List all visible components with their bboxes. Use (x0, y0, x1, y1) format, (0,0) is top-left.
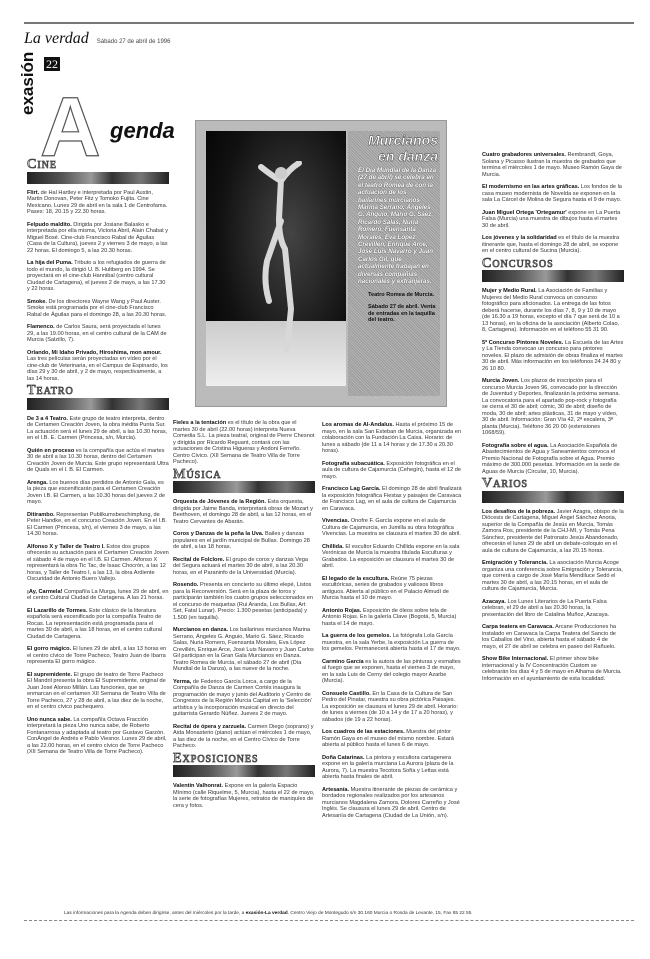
listing-title: Carpa teatera en Caravaca. (482, 624, 554, 630)
listing-title: Juan Miguel Ortega 'Ortegamur' (482, 210, 567, 216)
caption-title-line1: Murcianos (348, 133, 438, 147)
listing-item: Coros y Danzas de la peña la Uva. Bailes… (173, 531, 315, 551)
listing-item: Mujer y Medio Rural. La Asociación de Fa… (482, 288, 624, 334)
listing-item: Carpa teatera en Caravaca. Arcane Produc… (482, 624, 624, 650)
listing-item: Francisco Lag García. El domingo 28 de a… (322, 486, 462, 512)
listing-title: El modernismo en las artes gráficas. (482, 184, 579, 190)
listing-item: El legado de la escultura. Reúne 75 piez… (322, 576, 462, 602)
listing-title: Murcianos en danza. (173, 627, 228, 633)
masthead: La verdad Sábado 27 de abril de 1996 (24, 30, 170, 48)
listing-title: De 3 a 4 Teatro. (27, 416, 68, 422)
listing-item: Ditirambo. Representan Publikumsbeschimp… (27, 512, 169, 538)
listing-item: Orquesta de Jóvenes de la Región. Esta o… (173, 499, 315, 525)
listing-title: Alfonso X y Taller de Teatro I. (27, 544, 105, 550)
section-heading-exposiciones: Exposiciones (173, 756, 315, 763)
listing-title: Antonio Rojas. (322, 608, 361, 614)
listing-title: Carmino García (322, 659, 364, 665)
musica-list: Orquesta de Jóvenes de la Región. Esta o… (173, 499, 315, 750)
listing-title: Chillida. (322, 544, 344, 550)
listing-item: Show Bike Internacional. El primer show … (482, 656, 624, 682)
teatro-list: De 3 a 4 Teatro. Este grupo de teatro in… (27, 416, 169, 756)
section-heading-varios: Varios (482, 481, 624, 488)
section-banner-exposiciones (173, 765, 315, 777)
listing-title: Uno nunca sabe. (27, 717, 72, 723)
listing-text: Los bailarines murcianos Marina Serrano,… (173, 627, 314, 672)
listing-title: Rosendo. (173, 582, 198, 588)
listing-item: Orlando, Mi Idaho Privado, Hiroshima, mo… (27, 350, 169, 383)
listing-item: Consuelo Castillo. En la Casa de la Cult… (322, 691, 462, 724)
exposiciones-list-part3: Cuatro grabadores universales. Rembrandt… (482, 152, 624, 255)
listing-item: Antonio Rojas. Exposición de óleos sobre… (322, 608, 462, 628)
listing-item: Los cuadros de las estaciones. Muestra d… (322, 729, 462, 749)
listing-item: ¡Ay, Carmela! Compañía La Murga, lunes 2… (27, 589, 169, 602)
listing-item: Cuatro grabadores universales. Rembrandt… (482, 152, 624, 178)
listing-text: De los directores Wayne Wang y Paul Aust… (27, 299, 166, 318)
listing-item: Recital de ópera y zarzuela. Carmen Dieg… (173, 724, 315, 750)
paper-date: Sábado 27 de abril de 1996 (97, 39, 171, 45)
listing-title: Fotografía sobre el agua. (482, 443, 549, 449)
listing-title: Artesanía. (322, 787, 349, 793)
listing-title: Flirt. (27, 190, 39, 196)
listing-item: Carmino García es la autora de las pintu… (322, 659, 462, 685)
listing-title: Fotografía subacuática. (322, 461, 385, 467)
listing-title: Vivencias. (322, 518, 349, 524)
listing-item: Murcianos en danza. Los bailarines murci… (173, 627, 315, 673)
listing-item: Valentín Valhonrat. Expone en la galería… (173, 783, 315, 809)
listing-text: El grupo de teatro de Torre Pacheco El M… (27, 672, 166, 711)
listing-title: La hija del Puma. (27, 260, 73, 266)
section-heading-musica: Música (173, 472, 315, 479)
listing-title: Ditirambo. (27, 512, 55, 518)
listing-item: Smoke. De los directores Wayne Wang y Pa… (27, 299, 169, 319)
listing-title: Felpudo maldito. (27, 222, 72, 228)
listing-item: La guerra de los gemelos. La fotógrafa L… (322, 633, 462, 653)
agenda-title: genda (110, 118, 175, 144)
section-banner-concursos (482, 270, 624, 282)
listing-title: Arenga. (27, 480, 48, 486)
listing-title: El legado de la escultura. (322, 576, 389, 582)
column-4: Cuatro grabadores universales. Rembrandt… (482, 152, 624, 688)
listing-title: Fieles a la tentación (173, 420, 226, 426)
listing-item: Felpudo maldito. Dirigida por Josiane Ba… (27, 222, 169, 255)
listing-item: Fieles a la tentación es el título de la… (173, 420, 315, 466)
listing-title: Los aromas de Al-Andalus. (322, 422, 394, 428)
listing-item: Azacaya. Los Lunes Literarios de La Puer… (482, 599, 624, 619)
listing-title: ¡Ay, Carmela! (27, 589, 62, 595)
listing-item: Alfonso X y Taller de Teatro I. Estos do… (27, 544, 169, 583)
listing-item: Arenga. Los buenos días perdidos de Anto… (27, 480, 169, 506)
listing-title: Los jóvenes y la solidaridad (482, 235, 557, 241)
listing-item: Recital de Folclore. El grupo de coros y… (173, 557, 315, 577)
cine-list: Flirt. de Hal Hartley e interpretada por… (27, 190, 169, 383)
listing-title: Coros y Danzas de la peña la Uva. (173, 531, 263, 537)
listing-title: Los cuadros de las estaciones. (322, 729, 405, 735)
listing-title: Doña Catarinas. (322, 755, 365, 761)
feature-photo: Murcianos en danza El Día Mundial de la … (195, 120, 447, 407)
listing-item: De 3 a 4 Teatro. Este grupo de teatro in… (27, 416, 169, 442)
listing-text: Estos dos grupos ofrecerán su actuación … (27, 544, 169, 583)
listing-title: La guerra de los gemelos. (322, 633, 391, 639)
listing-title: Recital de ópera y zarzuela. (173, 724, 246, 730)
listing-title: Flamenco. (27, 324, 55, 330)
listing-item: Los jóvenes y la solidaridad es el títul… (482, 235, 624, 255)
listing-text: Presenta en concierto su último elepé, L… (173, 582, 313, 621)
listing-text: Los plazos de inscripción para el concur… (482, 378, 620, 436)
listing-item: Flirt. de Hal Hartley e interpretada por… (27, 190, 169, 216)
listing-text: es el título de la obra que el martes 30… (173, 420, 314, 465)
listing-text: Las tres películas serán proyectadas en … (27, 356, 168, 382)
listing-item: Los aromas de Al-Andalus. Hasta el próxi… (322, 422, 462, 455)
listing-item: La hija del Puma. Tributo a los refugiad… (27, 260, 169, 293)
section-label: exasión (18, 52, 38, 115)
page-number: 22 (44, 57, 60, 71)
listing-item: Doña Catarinas. La pintora y escultora c… (322, 755, 462, 781)
listing-title: 5º Concurso Pintores Noveles. (482, 340, 563, 346)
paper-name: La verdad (24, 30, 89, 48)
listing-item: El gorro mágico. El lunes 29 de abril, a… (27, 646, 169, 666)
listing-title: Valentín Valhonrat. (173, 783, 223, 789)
listing-item: 5º Concurso Pintores Noveles. La Escuela… (482, 340, 624, 373)
top-rule (24, 22, 634, 24)
listing-title: Cuatro grabadores universales. (482, 152, 566, 158)
listing-text: La Asociación de Familias y Mujeres del … (482, 288, 620, 333)
section-banner-cine (27, 172, 169, 184)
footer-text-before: Las informaciones para la Agenda deben d… (64, 911, 246, 916)
concursos-list: Mujer y Medio Rural. La Asociación de Fa… (482, 288, 624, 475)
caption-place: Teatro Romea de Murcia. (348, 286, 440, 299)
listing-title: Recital de Folclore. (173, 557, 224, 563)
listing-title: Azacaya. (482, 599, 506, 605)
listing-item: Quién en proceso es la compañía que actú… (27, 448, 169, 474)
listing-item: Fotografía sobre el agua. La Asociación … (482, 443, 624, 476)
section-heading-teatro: Teatro (27, 388, 169, 395)
photo-caption-box: Murcianos en danza El Día Mundial de la … (348, 131, 440, 396)
listing-title: Murcia Joven. (482, 378, 519, 384)
exposiciones-list-part1: Valentín Valhonrat. Expone en la galería… (173, 783, 315, 809)
listing-item: El supremidente. El grupo de teatro de T… (27, 672, 169, 711)
section-heading-cine: Cine (27, 162, 169, 169)
listing-title: Mujer y Medio Rural. (482, 288, 537, 294)
listing-title: Emigración y Tolerancia. (482, 560, 548, 566)
listing-title: Yerma, (173, 679, 191, 685)
caption-body: El Día Mundial de la Danza (27 de abril)… (348, 163, 440, 286)
listing-item: Murcia Joven. Los plazos de inscripción … (482, 378, 624, 437)
listing-title: El supremidente. (27, 672, 72, 678)
listing-text: de Federico García Lorca, a cargo de la … (173, 679, 312, 718)
listing-title: Consuelo Castillo. (322, 691, 371, 697)
section-heading-concursos: Concursos (482, 261, 624, 268)
listing-title: Los desafíos de la pobreza. (482, 509, 555, 515)
footer-brand: exasión-La verdad (246, 911, 288, 916)
dancer-figure-icon (251, 161, 311, 361)
caption-title-line2: en danza (348, 149, 438, 163)
listing-title: El gorro mágico. (27, 646, 71, 652)
submission-footer: Las informaciones para la Agenda deben d… (64, 911, 471, 916)
listing-item: Flamenco. de Carlos Saura, será proyecta… (27, 324, 169, 344)
listing-text: Los buenos días perdidos de Antonio Gala… (27, 480, 165, 506)
listing-title: Orquesta de Jóvenes de la Región. (173, 499, 266, 505)
teatro-continued: Fieles a la tentación es el título de la… (173, 420, 315, 466)
listing-item: Los desafíos de la pobreza. Javier Azagr… (482, 509, 624, 555)
listing-item: Fotografía subacuática. Exposición fotog… (322, 461, 462, 481)
listing-item: Artesanía. Muestra itinerante de piezas … (322, 787, 462, 820)
exposiciones-list-part2: Los aromas de Al-Andalus. Hasta el próxi… (322, 422, 462, 819)
listing-item: El Lazarillo de Tormes. Este clásico de … (27, 608, 169, 641)
listing-title: Francisco Lag García. (322, 486, 380, 492)
varios-list: Los desafíos de la pobreza. Javier Azagr… (482, 509, 624, 683)
listing-item: El modernismo en las artes gráficas. Los… (482, 184, 624, 204)
column-3: Los aromas de Al-Andalus. Hasta el próxi… (322, 422, 462, 825)
listing-item: Yerma, de Federico García Lorca, a cargo… (173, 679, 315, 718)
bottom-rule (24, 920, 634, 922)
listing-text: La compañía Octava Fracción interpretará… (27, 717, 167, 756)
listing-title: El Lazarillo de Tormes. (27, 608, 88, 614)
column-2: Fieles a la tentación es el título de la… (173, 420, 315, 815)
listing-text: Javier Azagra, obispo de la Diócesis de … (482, 509, 624, 554)
listing-title: Show Bike Internacional. (482, 656, 548, 662)
listing-title: Quién en proceso (27, 448, 74, 454)
listing-item: Juan Miguel Ortega 'Ortegamur' expone en… (482, 210, 624, 230)
listing-text: de Hal Hartley e interpretada por Paul A… (27, 190, 167, 216)
listing-item: Vivencias. Onofre F. García expone en el… (322, 518, 462, 538)
listing-title: Orlando, Mi Idaho Privado, Hiroshima, mo… (27, 350, 162, 356)
section-banner-teatro (27, 398, 169, 410)
listing-item: Chillida. El escultor Eduardo Chillida e… (322, 544, 462, 570)
listing-item: Emigración y Tolerancia. La asociación M… (482, 560, 624, 593)
listing-title: Smoke. (27, 299, 47, 305)
section-banner-varios (482, 491, 624, 503)
column-1: Cine Flirt. de Hal Hartley e interpretad… (27, 158, 169, 762)
section-banner-musica (173, 481, 315, 493)
listing-item: Uno nunca sabe. La compañía Octava Fracc… (27, 717, 169, 756)
caption-when: Sábado 27 de abril. Venta de entradas en… (348, 298, 440, 324)
footer-text-after: . Centro Viejo de Montegudo s/n 30.160 M… (288, 911, 472, 916)
listing-item: Rosendo. Presenta en concierto su último… (173, 582, 315, 621)
